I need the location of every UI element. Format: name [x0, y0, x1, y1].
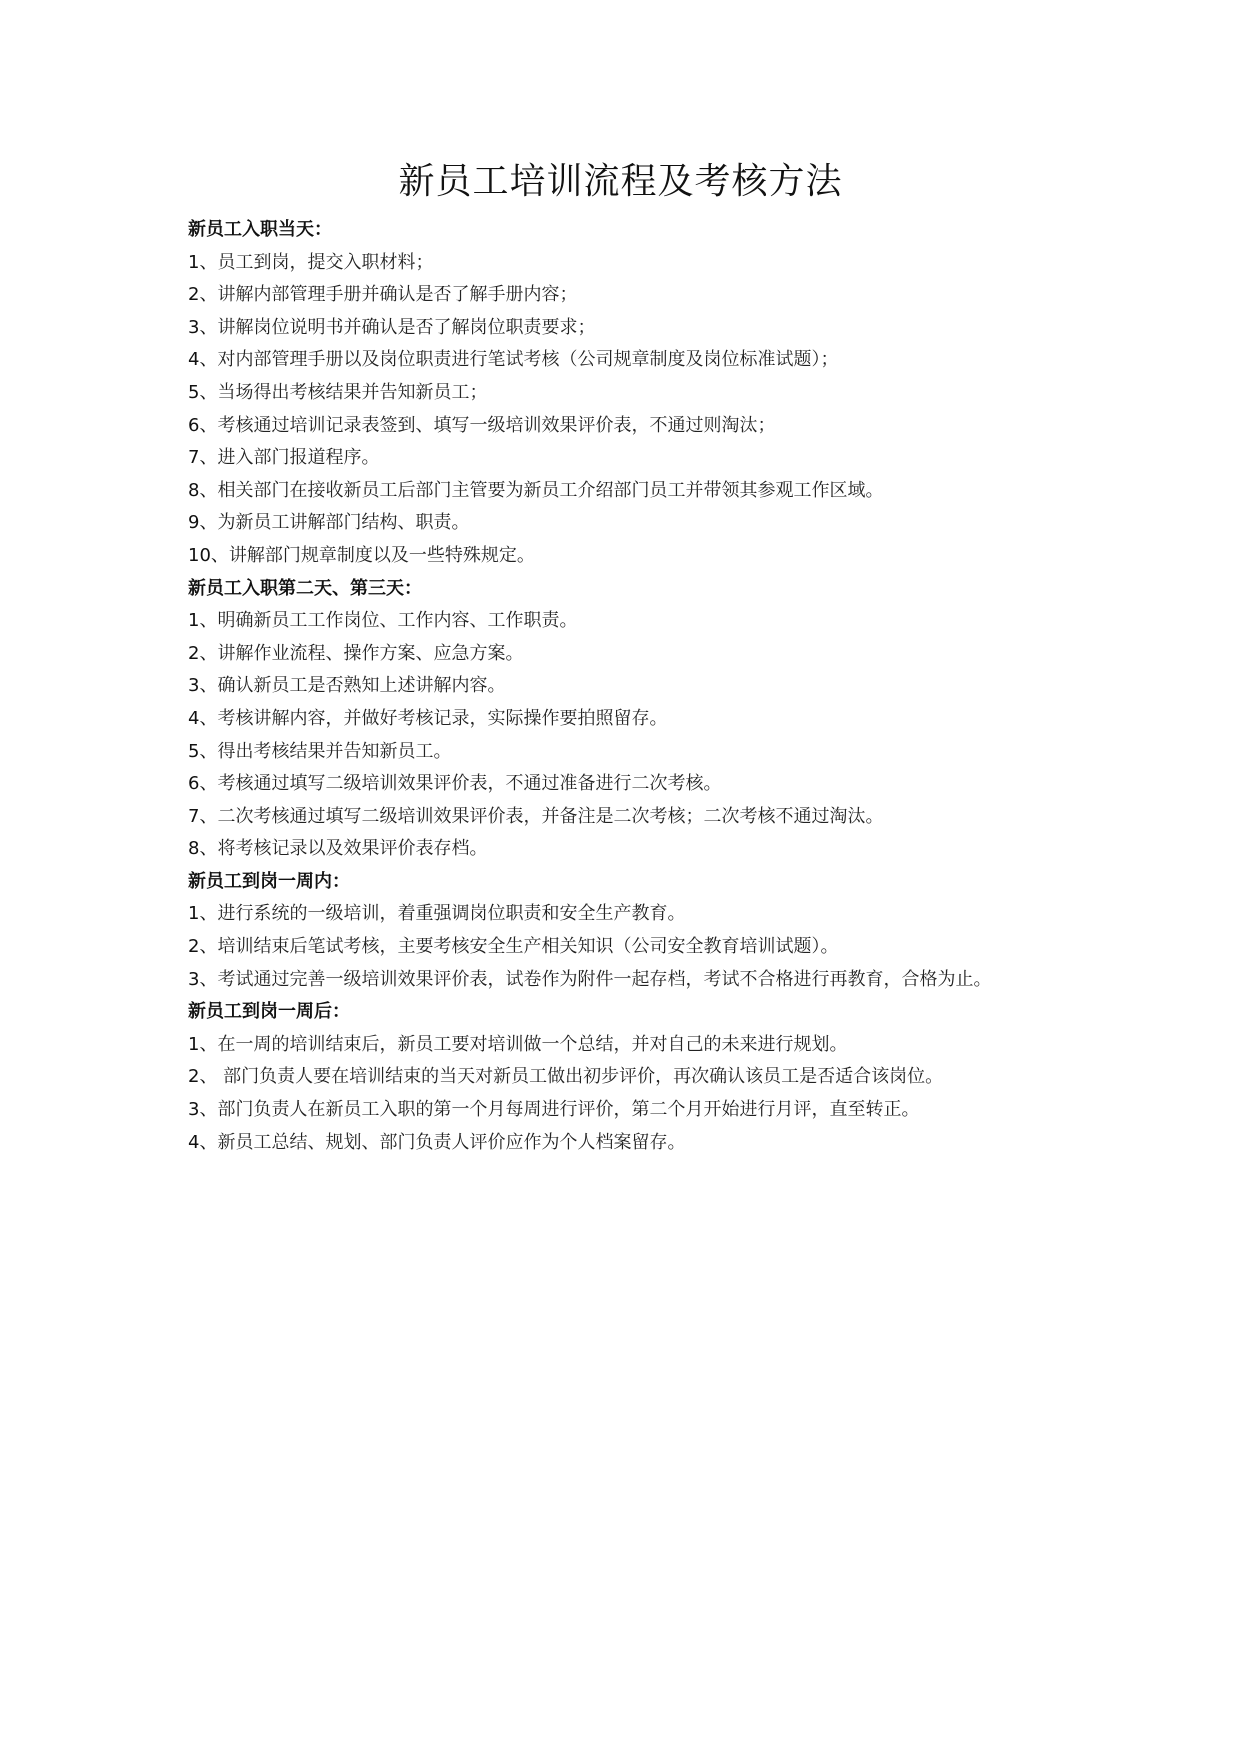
item-number: 2、	[188, 643, 217, 664]
item-number: 3、	[188, 969, 217, 990]
list-item: 3、部门负责人在新员工入职的第一个月每周进行评价，第二个月开始进行月评，直至转正…	[188, 1094, 1068, 1127]
list-item: 8、相关部门在接收新员工后部门主管要为新员工介绍部门员工并带领其参观工作区域。	[188, 475, 1068, 508]
item-number: 1、	[188, 252, 217, 273]
list-item: 3、讲解岗位说明书并确认是否了解岗位职责要求；	[188, 312, 1068, 345]
list-item: 6、考核通过填写二级培训效果评价表，不通过准备进行二次考核。	[188, 768, 1068, 801]
item-number: 1、	[188, 903, 217, 924]
item-text: 明确新员工工作岗位、工作内容、工作职责。	[217, 610, 577, 631]
list-item: 9、为新员工讲解部门结构、职责。	[188, 507, 1068, 540]
item-number: 8、	[188, 480, 217, 501]
item-number: 2、	[188, 1066, 217, 1087]
list-item: 2、讲解内部管理手册并确认是否了解手册内容；	[188, 279, 1068, 312]
item-number: 4、	[188, 349, 217, 370]
list-item: 2、 部门负责人要在培训结束的当天对新员工做出初步评价，再次确认该员工是否适合该…	[188, 1061, 1068, 1094]
section-heading: 新员工到岗一周内：	[188, 866, 1068, 899]
item-number: 7、	[188, 806, 217, 827]
item-number: 4、	[188, 1132, 217, 1153]
list-item: 8、将考核记录以及效果评价表存档。	[188, 833, 1068, 866]
item-text: 确认新员工是否熟知上述讲解内容。	[217, 675, 505, 696]
list-item: 2、培训结束后笔试考核，主要考核安全生产相关知识（公司安全教育培训试题）。	[188, 931, 1068, 964]
list-item: 1、明确新员工工作岗位、工作内容、工作职责。	[188, 605, 1068, 638]
item-number: 2、	[188, 284, 217, 305]
list-item: 5、得出考核结果并告知新员工。	[188, 736, 1068, 769]
item-text: 为新员工讲解部门结构、职责。	[217, 512, 469, 533]
list-item: 7、进入部门报道程序。	[188, 442, 1068, 475]
item-number: 6、	[188, 415, 217, 436]
item-number: 7、	[188, 447, 217, 468]
item-text: 讲解内部管理手册并确认是否了解手册内容；	[217, 284, 577, 305]
list-item: 6、考核通过培训记录表签到、填写一级培训效果评价表，不通过则淘汰；	[188, 410, 1068, 443]
item-number: 6、	[188, 773, 217, 794]
list-item: 1、进行系统的一级培训，着重强调岗位职责和安全生产教育。	[188, 898, 1068, 931]
document-title: 新员工培训流程及考核方法	[0, 158, 1241, 206]
item-text: 进入部门报道程序。	[217, 447, 379, 468]
list-item: 3、确认新员工是否熟知上述讲解内容。	[188, 670, 1068, 703]
section-after-first-week: 新员工到岗一周后： 1、在一周的培训结束后，新员工要对培训做一个总结，并对自己的…	[188, 996, 1068, 1159]
section-heading: 新员工入职当天：	[188, 214, 1068, 247]
list-item: 10、讲解部门规章制度以及一些特殊规定。	[188, 540, 1068, 573]
item-text: 新员工总结、规划、部门负责人评价应作为个人档案留存。	[217, 1132, 685, 1153]
list-item: 4、考核讲解内容，并做好考核记录，实际操作要拍照留存。	[188, 703, 1068, 736]
item-text: 对内部管理手册以及岗位职责进行笔试考核（公司规章制度及岗位标准试题）；	[217, 349, 838, 370]
item-number: 1、	[188, 610, 217, 631]
list-item: 4、对内部管理手册以及岗位职责进行笔试考核（公司规章制度及岗位标准试题）；	[188, 344, 1068, 377]
section-first-day: 新员工入职当天： 1、员工到岗，提交入职材料； 2、讲解内部管理手册并确认是否了…	[188, 214, 1068, 573]
item-text: 考核通过培训记录表签到、填写一级培训效果评价表，不通过则淘汰；	[217, 415, 775, 436]
item-text: 当场得出考核结果并告知新员工；	[217, 382, 487, 403]
item-number: 3、	[188, 317, 217, 338]
item-number: 2、	[188, 936, 217, 957]
item-text: 相关部门在接收新员工后部门主管要为新员工介绍部门员工并带领其参观工作区域。	[217, 480, 883, 501]
list-item: 5、当场得出考核结果并告知新员工；	[188, 377, 1068, 410]
item-number: 5、	[188, 382, 217, 403]
item-text: 将考核记录以及效果评价表存档。	[217, 838, 487, 859]
item-number: 4、	[188, 708, 217, 729]
item-text: 培训结束后笔试考核，主要考核安全生产相关知识（公司安全教育培训试题）。	[217, 936, 838, 957]
item-number: 3、	[188, 675, 217, 696]
list-item: 1、在一周的培训结束后，新员工要对培训做一个总结，并对自己的未来进行规划。	[188, 1029, 1068, 1062]
item-text: 考核讲解内容，并做好考核记录，实际操作要拍照留存。	[217, 708, 667, 729]
item-text: 考试通过完善一级培训效果评价表，试卷作为附件一起存档，考试不合格进行再教育，合格…	[217, 969, 991, 990]
list-item: 4、新员工总结、规划、部门负责人评价应作为个人档案留存。	[188, 1127, 1068, 1160]
item-number: 5、	[188, 741, 217, 762]
item-text: 进行系统的一级培训，着重强调岗位职责和安全生产教育。	[217, 903, 685, 924]
item-number: 10、	[188, 545, 229, 566]
item-number: 8、	[188, 838, 217, 859]
item-number: 1、	[188, 1034, 217, 1055]
section-first-week: 新员工到岗一周内： 1、进行系统的一级培训，着重强调岗位职责和安全生产教育。 2…	[188, 866, 1068, 996]
section-heading: 新员工入职第二天、第三天：	[188, 573, 1068, 606]
item-text: 讲解部门规章制度以及一些特殊规定。	[229, 545, 535, 566]
item-text: 讲解作业流程、操作方案、应急方案。	[217, 643, 523, 664]
item-text: 讲解岗位说明书并确认是否了解岗位职责要求；	[217, 317, 595, 338]
item-text: 在一周的培训结束后，新员工要对培训做一个总结，并对自己的未来进行规划。	[217, 1034, 847, 1055]
item-text: 部门负责人要在培训结束的当天对新员工做出初步评价，再次确认该员工是否适合该岗位。	[217, 1066, 943, 1087]
item-text: 员工到岗，提交入职材料；	[217, 252, 433, 273]
item-text: 部门负责人在新员工入职的第一个月每周进行评价，第二个月开始进行月评，直至转正。	[217, 1099, 919, 1120]
list-item: 7、二次考核通过填写二级培训效果评价表，并备注是二次考核；二次考核不通过淘汰。	[188, 801, 1068, 834]
list-item: 3、考试通过完善一级培训效果评价表，试卷作为附件一起存档，考试不合格进行再教育，…	[188, 964, 1068, 997]
document-body: 新员工入职当天： 1、员工到岗，提交入职材料； 2、讲解内部管理手册并确认是否了…	[188, 214, 1068, 1159]
item-number: 3、	[188, 1099, 217, 1120]
section-heading: 新员工到岗一周后：	[188, 996, 1068, 1029]
section-second-third-day: 新员工入职第二天、第三天： 1、明确新员工工作岗位、工作内容、工作职责。 2、讲…	[188, 573, 1068, 866]
item-number: 9、	[188, 512, 217, 533]
document-page: 新员工培训流程及考核方法 新员工入职当天： 1、员工到岗，提交入职材料； 2、讲…	[0, 0, 1241, 1754]
list-item: 2、讲解作业流程、操作方案、应急方案。	[188, 638, 1068, 671]
list-item: 1、员工到岗，提交入职材料；	[188, 247, 1068, 280]
item-text: 二次考核通过填写二级培训效果评价表，并备注是二次考核；二次考核不通过淘汰。	[217, 806, 883, 827]
item-text: 得出考核结果并告知新员工。	[217, 741, 451, 762]
item-text: 考核通过填写二级培训效果评价表，不通过准备进行二次考核。	[217, 773, 721, 794]
